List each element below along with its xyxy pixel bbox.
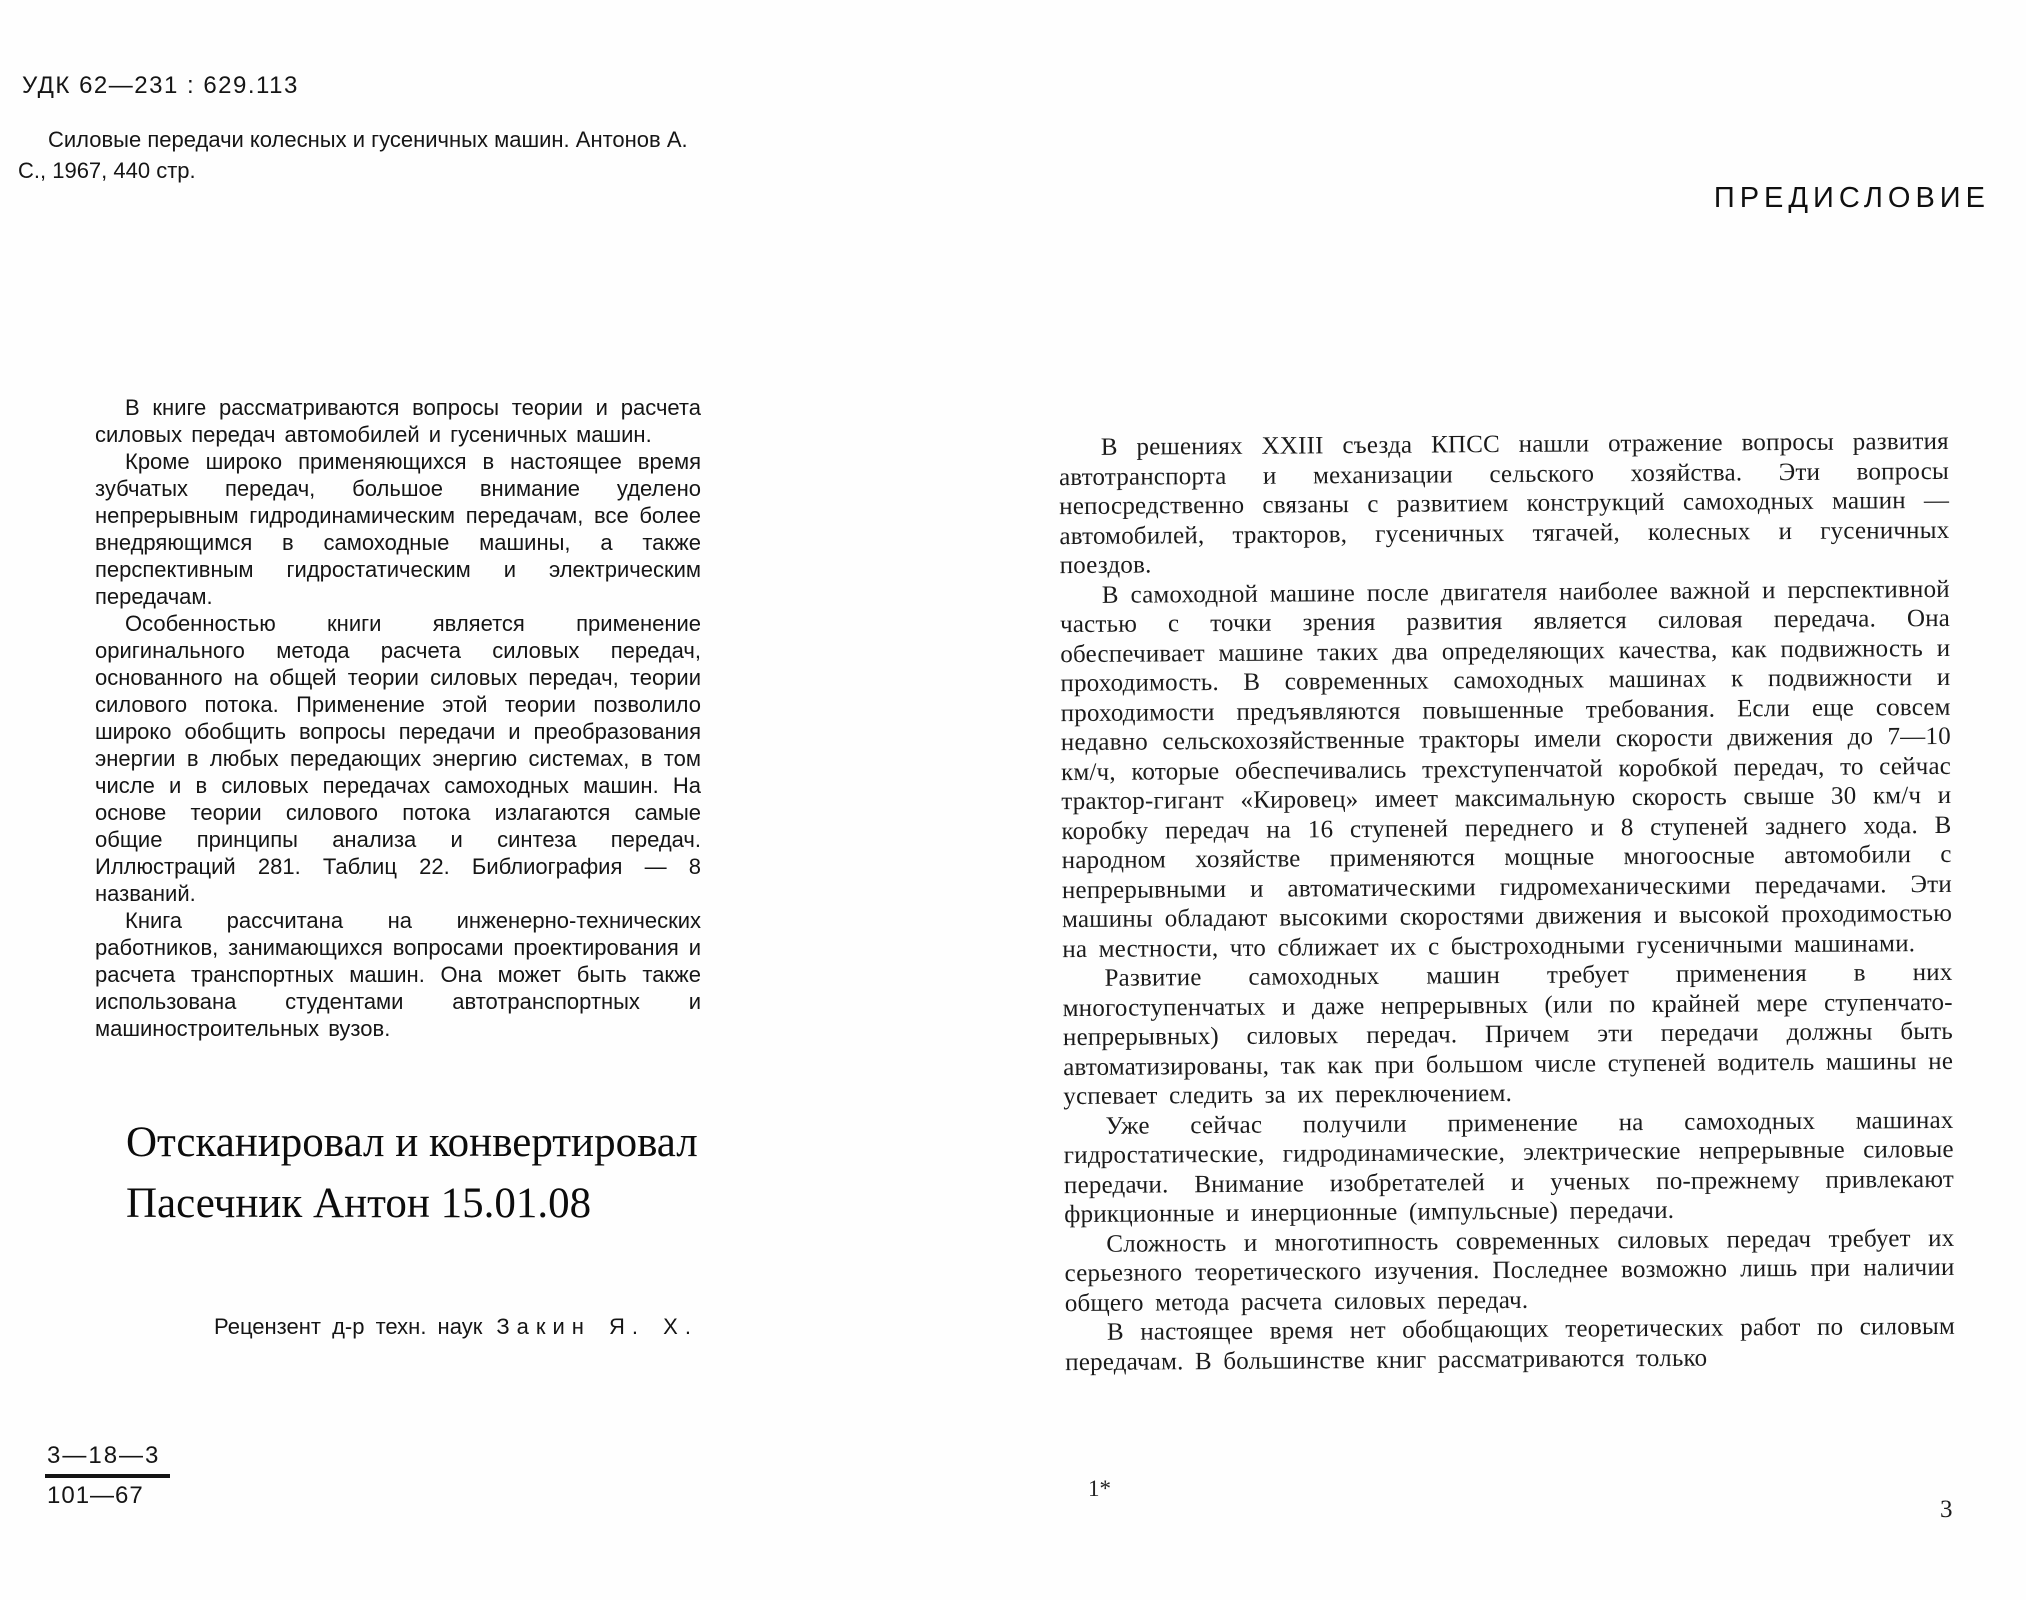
catalog-number-bottom: 101—67 <box>45 1478 170 1511</box>
book-spread-scan: УДК 62—231 : 629.113 Силовые передачи ко… <box>0 0 2026 1600</box>
preface-body: В решениях XXIII съезда КПСС нашли отраж… <box>1059 427 1956 1377</box>
annotation-paragraph: Книга рассчитана на инженерно-технически… <box>95 907 701 1042</box>
preface-paragraph: Сложность и многотипность современных си… <box>1064 1223 1955 1318</box>
annotation-block: В книге рассматриваются вопросы теории и… <box>95 394 701 1042</box>
udk-code: УДК 62—231 : 629.113 <box>22 72 299 100</box>
reviewer-label: Рецензент д-р техн. наук <box>214 1314 482 1339</box>
preface-paragraph: Развитие самоходных машин требует примен… <box>1062 958 1953 1112</box>
annotation-paragraph: Особенностью книги является применение о… <box>95 610 701 907</box>
scanner-note: Отсканировал и конвертировал Пасечник Ан… <box>126 1112 698 1234</box>
preface-paragraph: Уже сейчас получили применение на самохо… <box>1063 1105 1954 1229</box>
page-number: 3 <box>1940 1496 1953 1524</box>
preface-paragraph: В решениях XXIII съезда КПСС нашли отраж… <box>1059 427 1950 581</box>
bibliographic-entry: Силовые передачи колесных и гусеничных м… <box>18 124 718 186</box>
preface-paragraph: В настоящее время нет обобщающих теорети… <box>1065 1312 1955 1377</box>
catalog-number-top: 3—18—3 <box>45 1441 170 1478</box>
preface-paragraph: В самоходной машине после двигателя наиб… <box>1060 574 1953 964</box>
preface-title: ПРЕДИСЛОВИЕ <box>1714 182 1990 215</box>
catalog-number: 3—18—3 101—67 <box>45 1441 170 1511</box>
annotation-paragraph: В книге рассматриваются вопросы теории и… <box>95 394 701 448</box>
scanner-note-line1: Отсканировал и конвертировал <box>126 1112 698 1173</box>
annotation-paragraph: Кроме широко применяющихся в настоящее в… <box>95 448 701 610</box>
reviewer-name: Закин Я. Х. <box>496 1314 698 1339</box>
scanner-note-line2: Пасечник Антон 15.01.08 <box>126 1173 698 1234</box>
reviewer-line: Рецензент д-р техн. наукЗакин Я. Х. <box>214 1314 698 1340</box>
signature-mark: 1* <box>1088 1476 1111 1502</box>
